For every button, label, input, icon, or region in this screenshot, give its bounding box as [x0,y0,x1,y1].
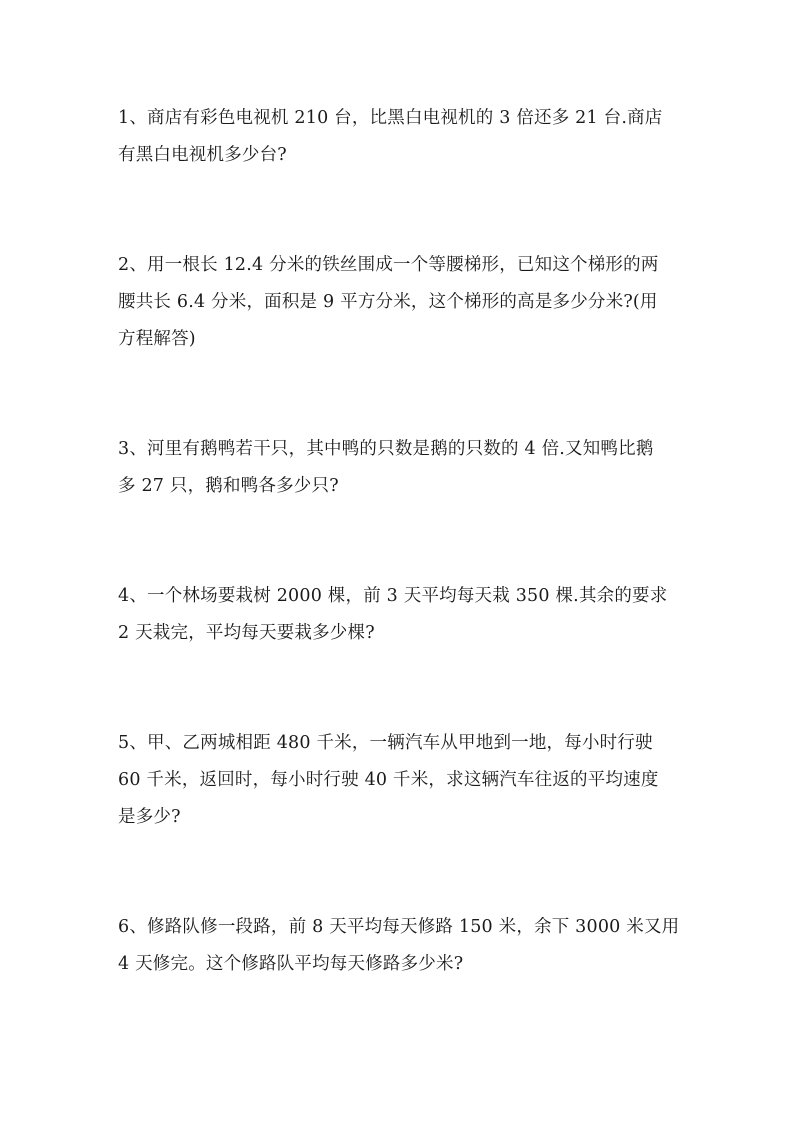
problem-line: 60 千米，返回时，每小时行驶 40 千米，求这辆汽车往返的平均速度 [118,762,698,799]
problem-line: 5、甲、乙两城相距 480 千米，一辆汽车从甲地到一地，每小时行驶 [118,725,698,762]
problem-line: 6、修路队修一段路，前 8 天平均每天修路 150 米，余下 3000 米又用 [118,909,698,946]
problem-line: 2 天栽完，平均每天要栽多少棵? [118,615,698,652]
problem-5: 5、甲、乙两城相距 480 千米，一辆汽车从甲地到一地，每小时行驶 60 千米，… [118,725,698,836]
problem-line: 2、用一根长 12.4 分米的铁丝围成一个等腰梯形，已知这个梯形的两 [118,247,698,284]
problem-line: 4、一个林场要栽树 2000 棵，前 3 天平均每天栽 350 棵.其余的要求 [118,578,698,615]
problem-line: 4 天修完。这个修路队平均每天修路多少米? [118,946,698,983]
problem-line: 多 27 只，鹅和鸭各多少只? [118,468,698,505]
problem-2: 2、用一根长 12.4 分米的铁丝围成一个等腰梯形，已知这个梯形的两 腰共长 6… [118,247,698,358]
problem-line: 有黑白电视机多少台? [118,137,698,174]
problem-line: 3、河里有鹅鸭若干只，其中鸭的只数是鹅的只数的 4 倍.又知鸭比鹅 [118,431,698,468]
problem-line: 是多少? [118,799,698,836]
problem-1: 1、商店有彩色电视机 210 台，比黑白电视机的 3 倍还多 21 台.商店 有… [118,100,698,174]
problem-line: 方程解答) [118,321,698,358]
problem-4: 4、一个林场要栽树 2000 棵，前 3 天平均每天栽 350 棵.其余的要求 … [118,578,698,652]
problem-3: 3、河里有鹅鸭若干只，其中鸭的只数是鹅的只数的 4 倍.又知鸭比鹅 多 27 只… [118,431,698,505]
document-page: 1、商店有彩色电视机 210 台，比黑白电视机的 3 倍还多 21 台.商店 有… [0,0,793,1122]
problem-line: 腰共长 6.4 分米，面积是 9 平方分米，这个梯形的高是多少分米?(用 [118,284,698,321]
problem-line: 1、商店有彩色电视机 210 台，比黑白电视机的 3 倍还多 21 台.商店 [118,100,698,137]
problem-6: 6、修路队修一段路，前 8 天平均每天修路 150 米，余下 3000 米又用 … [118,909,698,983]
